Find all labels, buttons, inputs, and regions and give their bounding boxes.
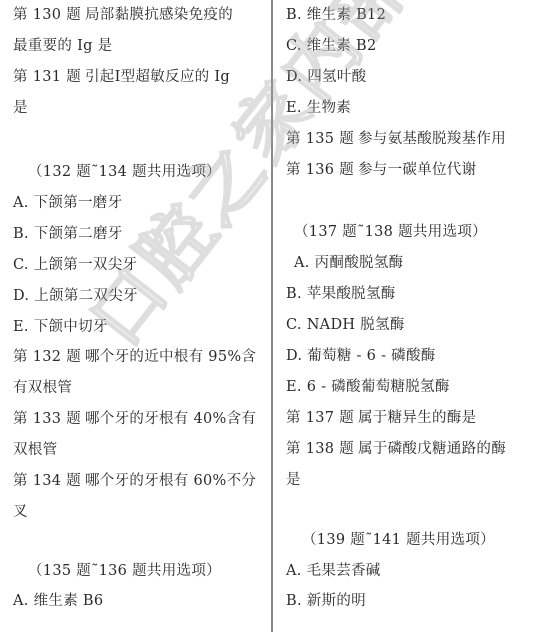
line-text: 双根管 bbox=[13, 442, 57, 458]
line-text: 哪个牙的牙根有 60%不分 bbox=[85, 473, 256, 489]
line-text: 哪个牙的近中根有 95%含 bbox=[85, 349, 256, 365]
text-line: B. 苹果酸脱氢酶 bbox=[286, 284, 396, 304]
question-number: 第 136 题 bbox=[286, 160, 358, 180]
line-text: （137 题˜138 题共用选项） bbox=[294, 224, 487, 240]
line-text: A. 毛果芸香碱 bbox=[286, 563, 381, 579]
text-line: （135 题˜136 题共用选项） bbox=[28, 561, 221, 581]
text-line: 是 bbox=[286, 470, 301, 490]
text-line: C. 上颌第一双尖牙 bbox=[13, 255, 137, 275]
question-number: 第 137 题 bbox=[286, 408, 358, 428]
line-text: 属于糖异生的酶是 bbox=[358, 410, 476, 426]
line-text: 有双根管 bbox=[13, 380, 72, 396]
line-text: B. 下颌第二磨牙 bbox=[13, 226, 123, 242]
question-line: 第 133 题哪个牙的牙根有 40%含有 bbox=[13, 409, 256, 429]
text-line: E. 下颌中切牙 bbox=[13, 317, 108, 337]
line-text: 叉 bbox=[13, 504, 28, 520]
text-line: E. 6 - 磷酸葡萄糖脱氢酶 bbox=[286, 377, 450, 397]
line-text: E. 6 - 磷酸葡萄糖脱氢酶 bbox=[286, 379, 450, 395]
line-text: B. 新斯的明 bbox=[286, 593, 366, 609]
column-divider bbox=[271, 0, 273, 632]
text-line: D. 四氢叶酸 bbox=[286, 67, 366, 87]
text-line: A. 丙酮酸脱氢酶 bbox=[294, 253, 403, 273]
line-text: D. 四氢叶酸 bbox=[286, 69, 366, 85]
question-line: 第 134 题哪个牙的牙根有 60%不分 bbox=[13, 471, 256, 491]
question-line: 第 132 题哪个牙的近中根有 95%含 bbox=[13, 347, 256, 367]
line-text: A. 维生素 B6 bbox=[13, 593, 103, 609]
text-line: 双根管 bbox=[13, 440, 57, 460]
text-line: 最重要的 Ig 是 bbox=[13, 36, 112, 56]
text-line: （137 题˜138 题共用选项） bbox=[294, 222, 487, 242]
right-column: B. 维生素 B12C. 维生素 B2D. 四氢叶酸E. 生物素第 135 题参… bbox=[274, 0, 560, 632]
line-text: E. 下颌中切牙 bbox=[13, 319, 108, 335]
question-number: 第 132 题 bbox=[13, 347, 85, 367]
line-text: 是 bbox=[13, 100, 28, 116]
line-text: （135 题˜136 题共用选项） bbox=[28, 563, 221, 579]
line-text: 参与氨基酸脱羧基作用 bbox=[358, 131, 506, 147]
line-text: 参与一碳单位代谢 bbox=[358, 162, 476, 178]
question-line: 第 131 题引起Ⅰ型超敏反应的 Ig bbox=[13, 67, 230, 87]
left-column: 第 130 题局部黏膜抗感染免疫的最重要的 Ig 是第 131 题引起Ⅰ型超敏反… bbox=[0, 0, 272, 632]
line-text: 属于磷酸戊糖通路的酶 bbox=[358, 441, 506, 457]
line-text: B. 苹果酸脱氢酶 bbox=[286, 286, 396, 302]
line-text: A. 下颌第一磨牙 bbox=[13, 195, 122, 211]
text-line: D. 上颌第二双尖牙 bbox=[13, 286, 138, 306]
line-text: 最重要的 Ig 是 bbox=[13, 38, 112, 54]
line-text: 哪个牙的牙根有 40%含有 bbox=[85, 411, 256, 427]
text-line: A. 毛果芸香碱 bbox=[286, 561, 381, 581]
line-text: D. 葡萄糖 - 6 - 磷酸酶 bbox=[286, 348, 436, 364]
question-line: 第 130 题局部黏膜抗感染免疫的 bbox=[13, 5, 233, 25]
line-text: E. 生物素 bbox=[286, 100, 351, 116]
question-line: 第 136 题参与一碳单位代谢 bbox=[286, 160, 476, 180]
line-text: C. 维生素 B2 bbox=[286, 38, 377, 54]
question-line: 第 138 题属于磷酸戊糖通路的酶 bbox=[286, 439, 506, 459]
question-number: 第 138 题 bbox=[286, 439, 358, 459]
text-line: B. 维生素 B12 bbox=[286, 5, 386, 25]
text-line: B. 下颌第二磨牙 bbox=[13, 224, 123, 244]
question-number: 第 133 题 bbox=[13, 409, 85, 429]
text-line: 是 bbox=[13, 98, 28, 118]
line-text: A. 丙酮酸脱氢酶 bbox=[294, 255, 403, 271]
text-line: （132 题˜134 题共用选项） bbox=[28, 162, 221, 182]
line-text: D. 上颌第二双尖牙 bbox=[13, 288, 138, 304]
line-text: 引起Ⅰ型超敏反应的 Ig bbox=[85, 69, 230, 85]
text-line: E. 生物素 bbox=[286, 98, 351, 118]
text-line: C. 维生素 B2 bbox=[286, 36, 377, 56]
question-number: 第 131 题 bbox=[13, 67, 85, 87]
line-text: 局部黏膜抗感染免疫的 bbox=[85, 7, 233, 23]
line-text: 是 bbox=[286, 472, 301, 488]
line-text: C. NADH 脱氢酶 bbox=[286, 317, 405, 333]
question-number: 第 135 题 bbox=[286, 129, 358, 149]
text-line: 有双根管 bbox=[13, 378, 72, 398]
line-text: （132 题˜134 题共用选项） bbox=[28, 164, 221, 180]
line-text: C. 上颌第一双尖牙 bbox=[13, 257, 137, 273]
text-line: 叉 bbox=[13, 502, 28, 522]
text-line: A. 下颌第一磨牙 bbox=[13, 193, 122, 213]
question-line: 第 137 题属于糖异生的酶是 bbox=[286, 408, 476, 428]
text-line: D. 葡萄糖 - 6 - 磷酸酶 bbox=[286, 346, 436, 366]
line-text: （139 题˜141 题共用选项） bbox=[302, 532, 495, 548]
text-line: （139 题˜141 题共用选项） bbox=[302, 530, 495, 550]
text-line: B. 新斯的明 bbox=[286, 591, 366, 611]
question-number: 第 130 题 bbox=[13, 5, 85, 25]
question-number: 第 134 题 bbox=[13, 471, 85, 491]
text-line: A. 维生素 B6 bbox=[13, 591, 103, 611]
text-line: C. NADH 脱氢酶 bbox=[286, 315, 405, 335]
question-line: 第 135 题参与氨基酸脱羧基作用 bbox=[286, 129, 506, 149]
line-text: B. 维生素 B12 bbox=[286, 7, 386, 23]
